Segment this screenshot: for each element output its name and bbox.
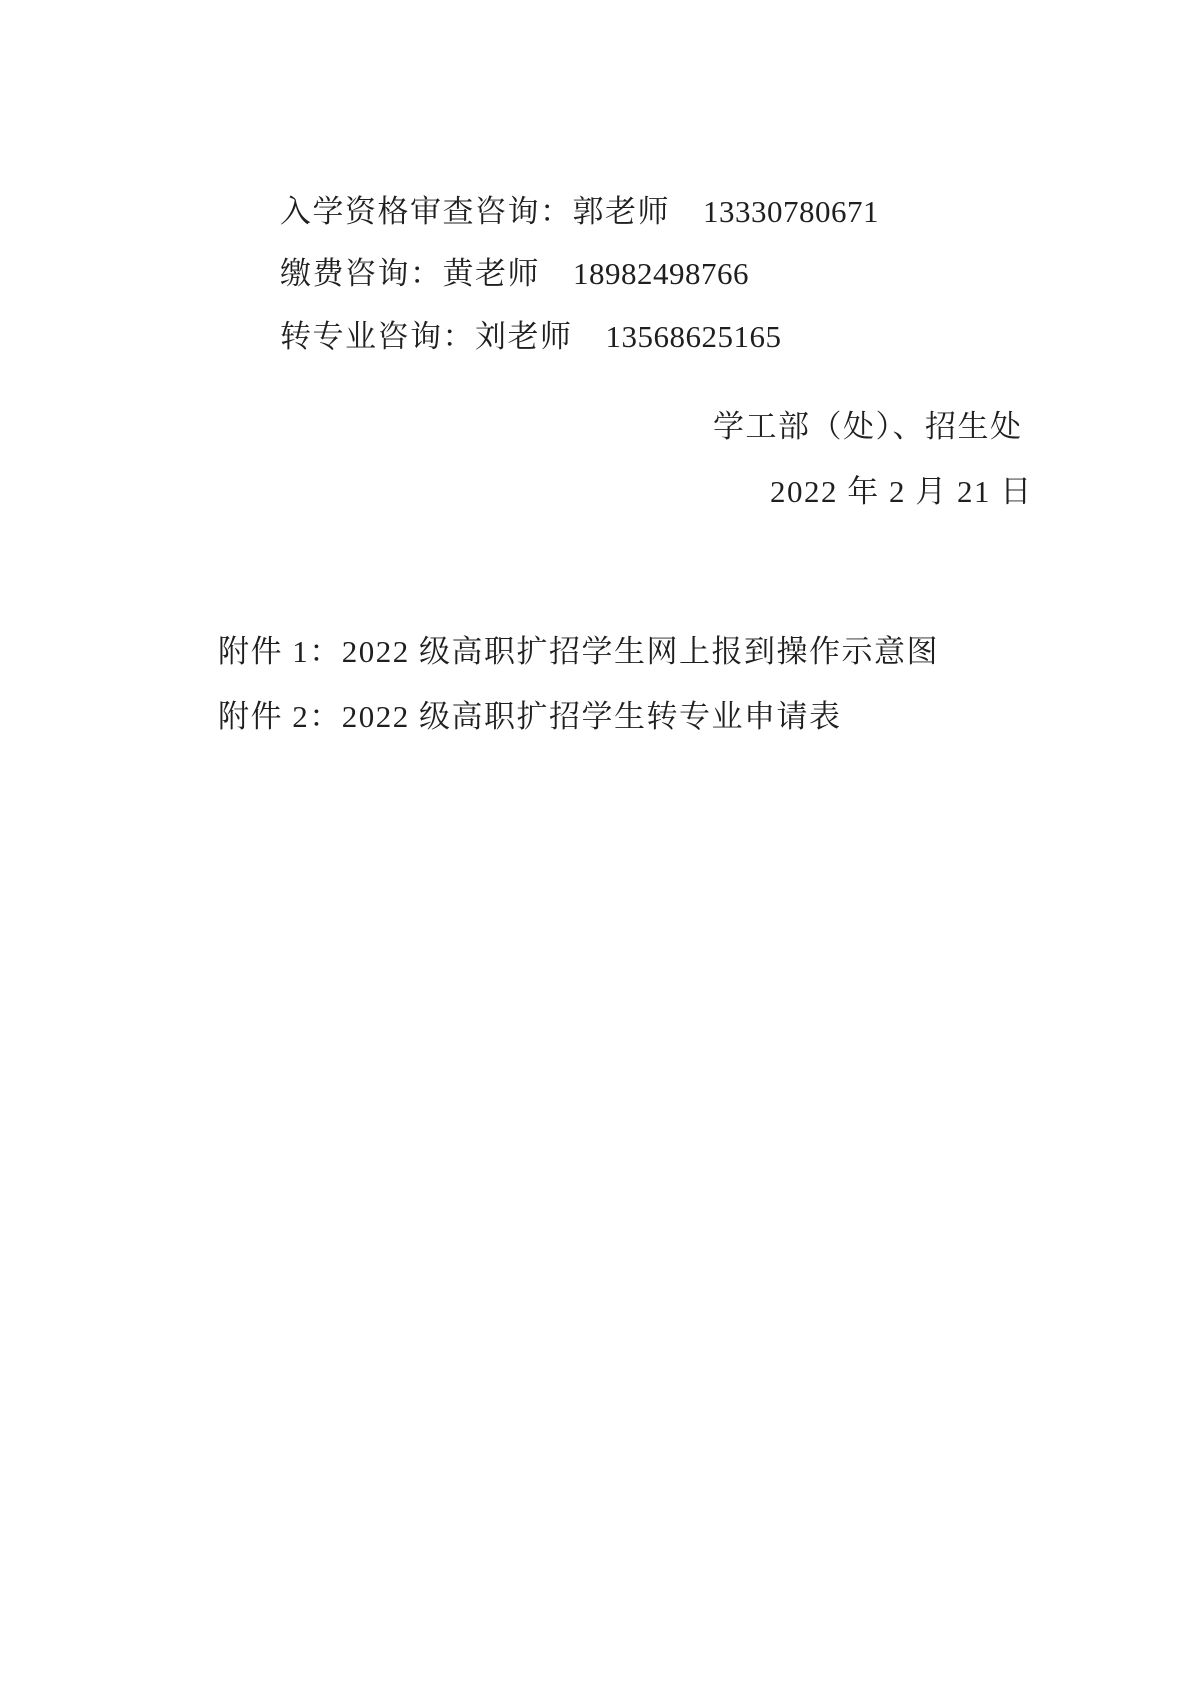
document-page: 入学资格审查咨询：郭老师13330780671 缴费咨询：黄老师18982498…: [0, 0, 1200, 1697]
contact-label: 转专业咨询：: [280, 319, 475, 354]
attachment-line-2: 附件 2：2022 级高职扩招学生转专业申请表: [181, 663, 842, 771]
signature-date: 2022 年 2 月 21 日: [770, 474, 1033, 510]
contact-line-major-transfer: 转专业咨询：刘老师13568625165: [243, 283, 782, 391]
signature-department: 学工部（处）、招生处: [713, 409, 1023, 445]
attachment-title: 2022 级高职扩招学生转专业申请表: [342, 699, 842, 734]
contact-teacher-name: 刘老师: [475, 319, 573, 354]
contact-phone-number: 13568625165: [606, 319, 782, 354]
attachment-label: 附件 2：: [218, 699, 342, 734]
